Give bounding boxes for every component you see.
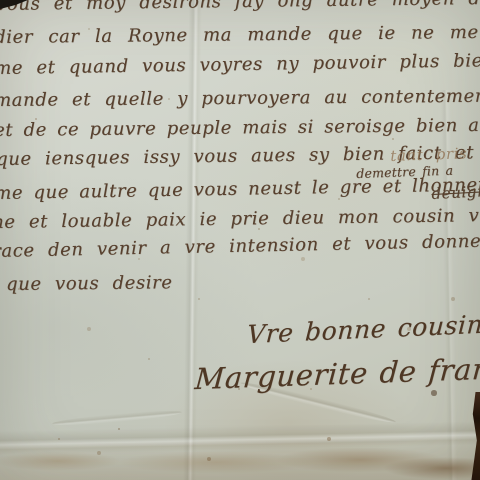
fold-stain-band [0, 438, 480, 480]
signature-name: Marguerite de france [194, 350, 480, 396]
manuscript-line-5: et de ce pauvre peuple mais si seroisge … [0, 114, 480, 141]
paper-wrinkle [52, 408, 182, 427]
manuscript-line-7: me que aultre que vous neust le gre et l… [0, 174, 480, 204]
manuscript-line-3: me et quand vous voyres ny pouvoir plus … [0, 49, 480, 79]
manuscript-line-4: mande et quelle y pourvoyera au contente… [0, 85, 480, 111]
manuscript-line-1: vous et moy desirons fay ong autre moyen… [0, 0, 480, 15]
manuscript-photo: vous et moy desirons fay ong autre moyen… [0, 0, 480, 480]
struck-out-word: deuigne [431, 182, 480, 203]
faint-line-ending: tant pris [390, 144, 468, 165]
manuscript-line-2: dier car la Royne ma mande que ie ne men… [0, 21, 480, 48]
manuscript-line-10: que vous desire [6, 272, 173, 295]
manuscript-line-8: ne et louable paix ie prie dieu mon cous… [0, 204, 480, 233]
manuscript-line-9: race den venir a vre intension et vous d… [0, 230, 480, 262]
